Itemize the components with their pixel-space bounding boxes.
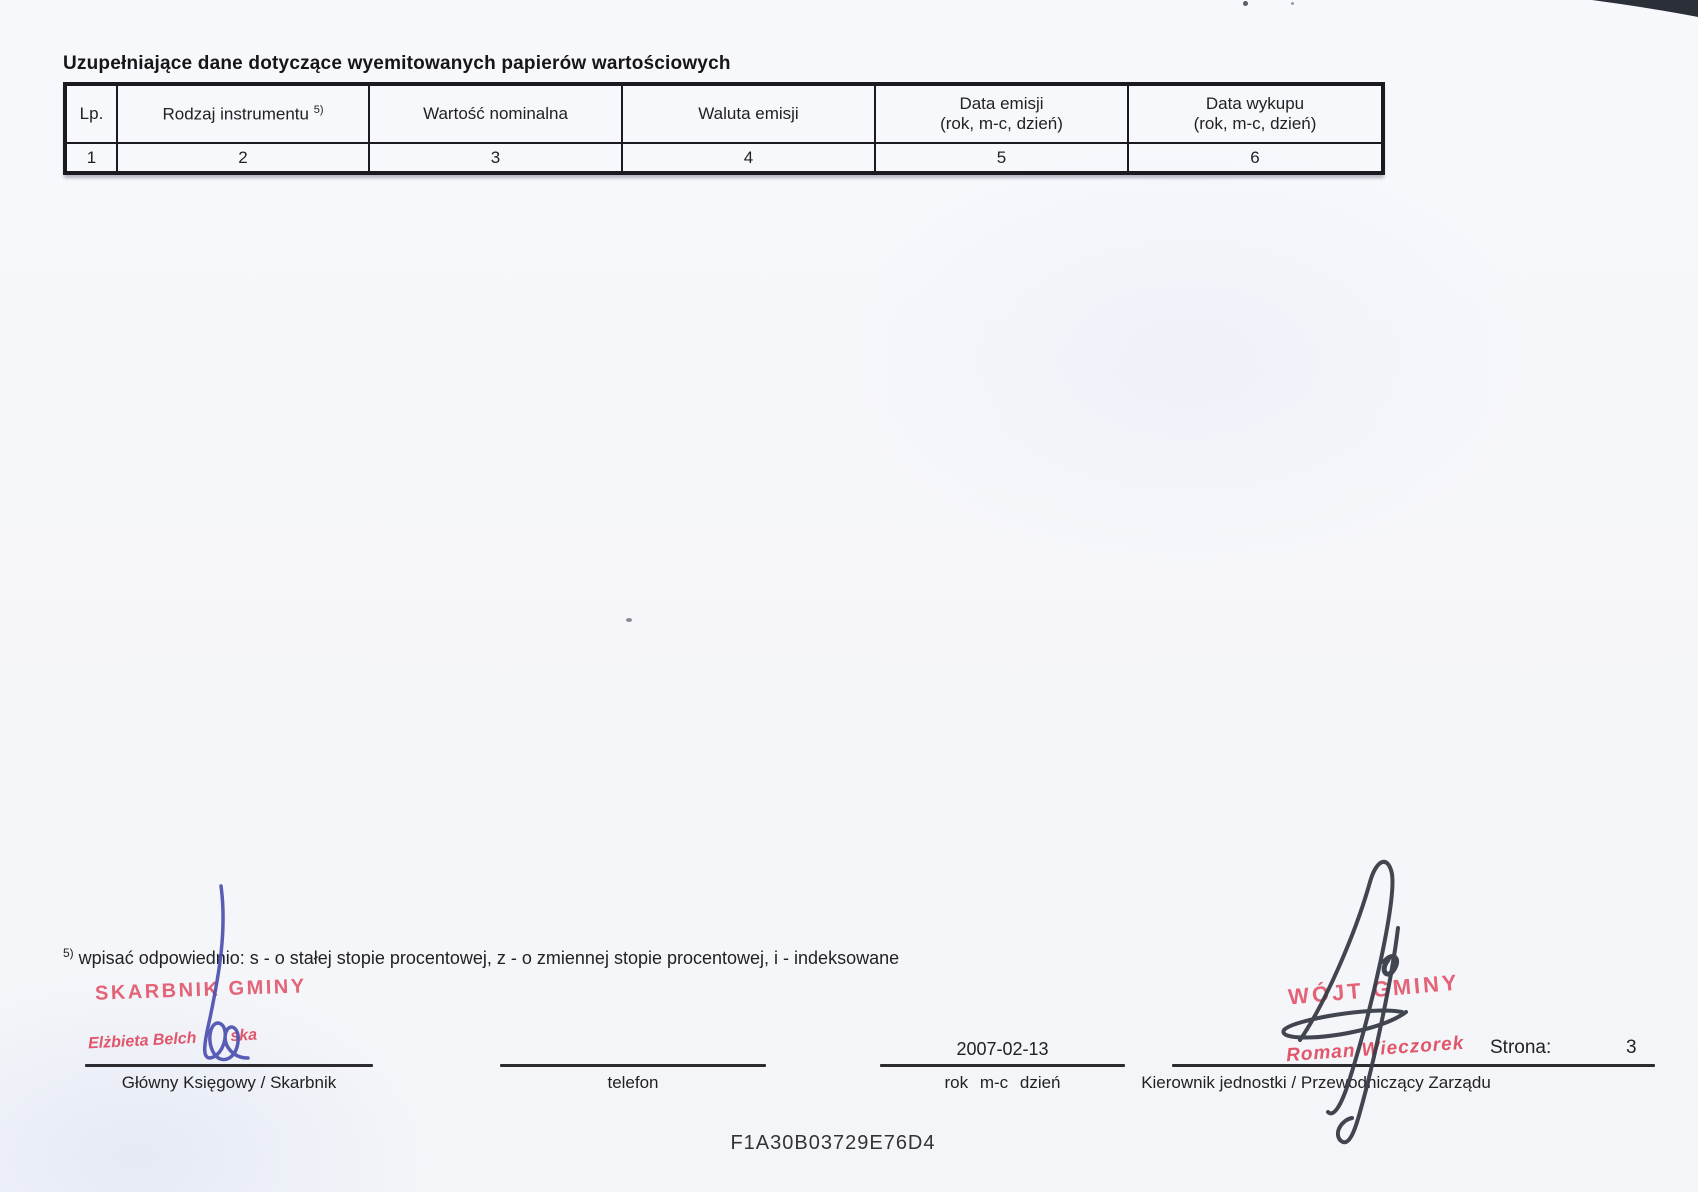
page-counter-label: Strona: <box>1490 1037 1551 1059</box>
signature-line-treasurer <box>85 1064 373 1067</box>
corner-shadow-artifact <box>1592 0 1698 17</box>
footnote-marker: 5) <box>63 946 74 960</box>
col-header-sublabel: (rok, m-c, dzień) <box>880 114 1123 134</box>
page-title: Uzupełniające dane dotyczące wyemitowany… <box>63 53 731 75</box>
col-header-data-emisji: Data emisji(rok, m-c, dzień) <box>875 84 1128 143</box>
col-header-label: Rodzaj instrumentu <box>163 104 309 123</box>
securities-table-wrapper: Lp. Rodzaj instrumentu 5) Wartość nomina… <box>63 82 1385 175</box>
signature-line-date <box>880 1064 1125 1067</box>
mayor-name-stamp: Roman Wieczorek <box>1285 1033 1465 1067</box>
column-number: 1 <box>65 143 117 173</box>
table-header-row: Lp. Rodzaj instrumentu 5) Wartość nomina… <box>65 84 1383 143</box>
treasurer-stamp: SKARBNIK GMINY <box>95 975 307 1005</box>
scanned-form-page: Uzupełniające dane dotyczące wyemitowany… <box>0 0 1698 1192</box>
securities-table: Lp. Rodzaj instrumentu 5) Wartość nomina… <box>63 82 1385 175</box>
col-header-label: Wartość nominalna <box>423 104 568 123</box>
treasurer-name-stamp: Elżbieta Belchska <box>88 1027 258 1054</box>
col-header-label: Lp. <box>80 104 104 123</box>
col-header-waluta: Waluta emisji <box>622 84 875 143</box>
date-value: 2007-02-13 <box>880 1039 1125 1060</box>
scan-artifacts <box>0 0 1698 1192</box>
col-header-lp: Lp. <box>65 84 117 143</box>
footnote: 5) wpisać odpowiednio: s - o stałej stop… <box>63 946 899 969</box>
col-header-label: Data wykupu <box>1206 94 1304 113</box>
mayor-stamp: WÓJT GMINY <box>1287 970 1460 1011</box>
treasurer-name-part2: ska <box>230 1027 258 1045</box>
handwritten-signatures-layer <box>0 0 1698 1192</box>
scan-speck <box>626 618 632 622</box>
signature-line-phone <box>500 1064 766 1067</box>
col-header-label: Data emisji <box>959 94 1043 113</box>
scan-speck <box>1243 1 1248 6</box>
col-header-label: Waluta emisji <box>698 104 798 123</box>
mayor-role-label: Kierownik jednostki / Przewodniczący Zar… <box>1128 1073 1504 1093</box>
col-header-data-wykupu: Data wykupu(rok, m-c, dzień) <box>1128 84 1383 143</box>
col-header-wartosc: Wartość nominalna <box>369 84 622 143</box>
treasurer-role-label: Główny Księgowy / Skarbnik <box>85 1073 373 1093</box>
col-header-rodzaj: Rodzaj instrumentu 5) <box>117 84 369 143</box>
column-number: 2 <box>117 143 369 173</box>
column-number: 6 <box>1128 143 1383 173</box>
date-format-label: rok m-c dzień <box>880 1073 1125 1093</box>
footnote-ref: 5) <box>314 104 324 116</box>
scan-speck <box>1291 2 1294 5</box>
column-number: 3 <box>369 143 622 173</box>
form-checksum-code: F1A30B03729E76D4 <box>63 1132 1603 1155</box>
col-header-sublabel: (rok, m-c, dzień) <box>1133 114 1377 134</box>
footnote-text: wpisać odpowiednio: s - o stałej stopie … <box>74 948 899 968</box>
column-number: 5 <box>875 143 1128 173</box>
column-number: 4 <box>622 143 875 173</box>
column-number-row: 1 2 3 4 5 6 <box>65 143 1383 173</box>
signature-line-mayor <box>1172 1064 1655 1067</box>
treasurer-name-part1: Elżbieta Belch <box>88 1030 197 1053</box>
name-gap <box>197 1041 231 1043</box>
page-counter-value: 3 <box>1626 1037 1637 1059</box>
phone-label: telefon <box>500 1073 766 1093</box>
